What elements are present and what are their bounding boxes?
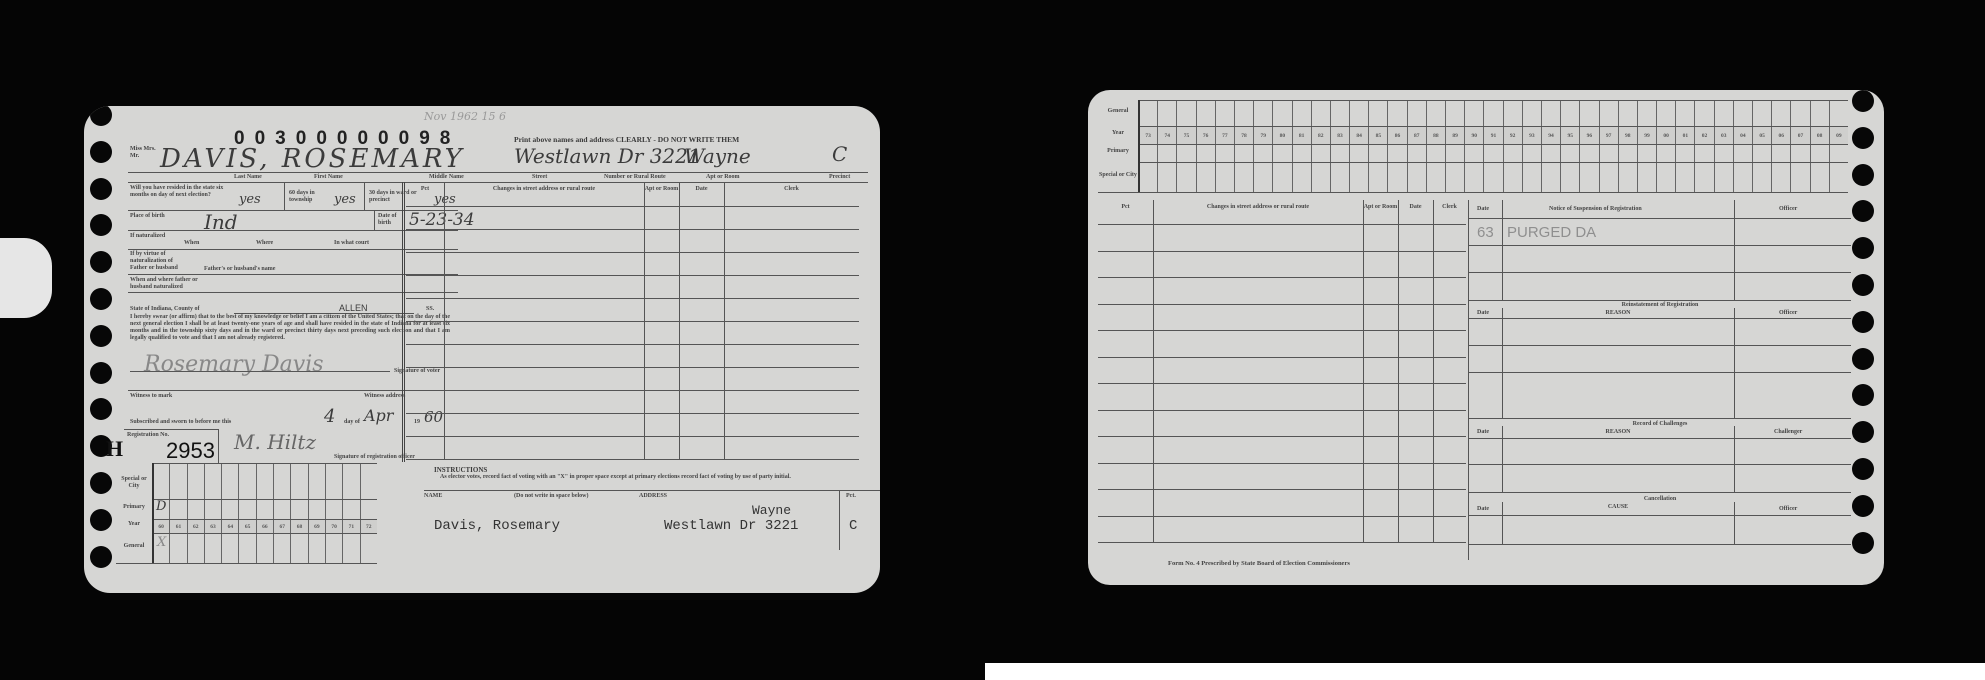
grid-year-cell: 72 — [360, 520, 377, 534]
grid-vote-cell — [1503, 163, 1522, 193]
address-changes-table: PctChanges in street address or rural ro… — [406, 182, 871, 462]
grid-vote-cell — [1138, 101, 1157, 127]
grid-vote-cell — [256, 464, 273, 500]
grid-year-cell: 86 — [1387, 127, 1406, 145]
grid-year-cell: 87 — [1407, 127, 1426, 145]
changes-row-line — [406, 252, 859, 253]
label-subscribed: Subscribed and sworn to before me this — [130, 419, 231, 426]
changes-row-line — [406, 321, 859, 322]
reinstatement-reason-header: REASON — [1502, 310, 1734, 317]
grid-vote-cell — [1349, 101, 1368, 127]
grid-vote-cell — [1387, 101, 1406, 127]
punch-hole — [1852, 164, 1874, 186]
grid-row-label: General — [1098, 108, 1138, 115]
grid-vote-cell — [273, 464, 290, 500]
grid-vote-cell — [1714, 163, 1733, 193]
challenges-challenger-header: Challenger — [1774, 429, 1802, 436]
grid-vote-cell — [1311, 163, 1330, 193]
grid-year-cell: 96 — [1579, 127, 1598, 145]
changes-row-line — [1098, 463, 1466, 464]
grid-vote-cell — [342, 500, 359, 520]
grid-vote-cell — [1349, 145, 1368, 163]
grid-year-cell: 09 — [1829, 127, 1848, 145]
grid-row-label: Primary — [116, 504, 152, 511]
changes-row-line — [1098, 224, 1466, 225]
footer-pct-label: Pct. — [846, 493, 856, 500]
grid-row-label: Year — [116, 521, 152, 528]
grid-year-cell: 66 — [256, 520, 273, 534]
grid-vote-cell — [1196, 163, 1215, 193]
footer-address-value: Westlawn Dr 3221 — [664, 518, 798, 534]
label-last-name: Last Name — [234, 174, 262, 181]
grid-year-cell: 84 — [1349, 127, 1368, 145]
grid-vote-cell — [1138, 163, 1157, 193]
oath-state-line: State of Indiana, County of — [130, 306, 200, 313]
grid-year-cell: 82 — [1311, 127, 1330, 145]
grid-year-cell: 68 — [290, 520, 307, 534]
grid-vote-cell — [256, 500, 273, 520]
grid-vote-cell — [1426, 101, 1445, 127]
scan-border-strip — [985, 663, 1985, 680]
grid-year-cell: 94 — [1541, 127, 1560, 145]
grid-vote-cell — [1387, 145, 1406, 163]
grid-vote-cell — [1311, 145, 1330, 163]
grid-vote-cell — [1272, 163, 1291, 193]
label-resided-state: Will you have resided in the state six m… — [130, 185, 230, 199]
grid-year-cell: 63 — [204, 520, 221, 534]
changes-row-line — [1098, 410, 1466, 411]
suspension-officer-header: Officer — [1779, 206, 1797, 213]
registration-box: Registration No. 2953 — [124, 429, 219, 463]
grid-vote-cell — [1464, 163, 1483, 193]
grid-vote-cell — [169, 464, 186, 500]
punch-hole — [90, 325, 112, 347]
grid-vote-cell — [1157, 163, 1176, 193]
grid-vote-cell — [1503, 145, 1522, 163]
changes-header: Pct — [406, 186, 444, 193]
footer-township: Wayne — [752, 503, 791, 518]
grid-vote-cell — [1330, 101, 1349, 127]
grid-vote-cell — [325, 534, 342, 564]
punch-hole — [1852, 495, 1874, 517]
label-when-where-father: When and where father or husband natural… — [130, 277, 220, 291]
changes-header: Clerk — [1433, 204, 1466, 211]
grid-vote-cell — [238, 500, 255, 520]
grid-vote-cell — [325, 464, 342, 500]
label-days-township: 60 days in township — [289, 190, 339, 204]
label-when: When — [184, 240, 199, 247]
grid-vote-cell — [273, 534, 290, 564]
grid-year-cell: 89 — [1445, 127, 1464, 145]
grid-vote-cell — [1272, 101, 1291, 127]
grid-vote-cell — [308, 464, 325, 500]
challenges-date-header: Date — [1477, 429, 1489, 436]
grid-year-cell: 71 — [342, 520, 359, 534]
back-address-changes-table: PctChanges in street address or rural ro… — [1098, 200, 1466, 560]
grid-year-cell: 02 — [1694, 127, 1713, 145]
grid-vote-cell — [169, 500, 186, 520]
grid-year-cell: 75 — [1176, 127, 1195, 145]
grid-vote-cell — [1407, 145, 1426, 163]
grid-vote-cell — [1215, 101, 1234, 127]
grid-vote-cell — [360, 464, 377, 500]
changes-row-line — [406, 229, 859, 230]
grid-vote-cell — [308, 500, 325, 520]
footer-do-not-write: (Do not write in space below) — [514, 493, 589, 500]
grid-vote-cell — [1733, 163, 1752, 193]
grid-vote-cell — [1599, 145, 1618, 163]
reinstatement-date-header: Date — [1477, 310, 1489, 317]
reinstatement-officer-header: Officer — [1779, 310, 1797, 317]
grid-vote-cell — [1292, 101, 1311, 127]
grid-vote-cell — [360, 500, 377, 520]
punch-hole — [1852, 421, 1874, 443]
grid-vote-cell — [1771, 163, 1790, 193]
changes-row-line — [406, 275, 859, 276]
address-handwritten: Westlawn Dr 3221 — [514, 144, 701, 168]
grid-vote-cell — [1541, 145, 1560, 163]
grid-vote-cell — [290, 534, 307, 564]
changes-header: Apt or Room — [1363, 204, 1398, 211]
grid-vote-cell — [290, 500, 307, 520]
grid-vote-cell — [1694, 145, 1713, 163]
cancellation-officer-header: Officer — [1779, 506, 1797, 513]
grid-year-cell: 65 — [238, 520, 255, 534]
grid-vote-cell — [308, 534, 325, 564]
grid-vote-cell — [1810, 145, 1829, 163]
grid-vote-cell — [1176, 145, 1195, 163]
grid-vote-cell — [1426, 163, 1445, 193]
grid-vote-cell — [1618, 101, 1637, 127]
primary-vote-mark: D — [156, 499, 166, 514]
grid-year-cell: 77 — [1215, 127, 1234, 145]
changes-row-line — [1098, 383, 1466, 384]
voter-signature: Rosemary Davis — [144, 352, 324, 377]
grid-vote-cell — [1694, 101, 1713, 127]
punch-hole — [90, 141, 112, 163]
grid-vote-cell — [1292, 145, 1311, 163]
back-voting-grid: GeneralYear73747576777879808182838485868… — [1098, 100, 1850, 196]
grid-vote-cell — [1234, 101, 1253, 127]
cancellation-title: Cancellation — [1469, 496, 1851, 503]
grid-vote-cell — [1426, 145, 1445, 163]
grid-vote-cell — [1579, 101, 1598, 127]
grid-vote-cell — [256, 534, 273, 564]
grid-vote-cell — [1790, 145, 1809, 163]
changes-row-line — [406, 436, 859, 437]
label-middle-name: Middle Name — [429, 174, 464, 181]
grid-vote-cell — [1810, 163, 1829, 193]
punch-hole — [1852, 311, 1874, 333]
footer-name-label: NAME — [424, 493, 442, 500]
grid-vote-cell — [1311, 101, 1330, 127]
grid-vote-cell — [1196, 101, 1215, 127]
grid-row-label: General — [116, 543, 152, 550]
precinct-handwritten: C — [832, 142, 847, 166]
grid-year-cell: 92 — [1503, 127, 1522, 145]
grid-vote-cell — [1387, 163, 1406, 193]
grid-vote-cell — [1234, 163, 1253, 193]
grid-vote-cell — [360, 534, 377, 564]
grid-row-label: Special or City — [1098, 172, 1138, 179]
grid-vote-cell — [1790, 163, 1809, 193]
grid-year-cell: 05 — [1752, 127, 1771, 145]
grid-vote-cell — [1272, 145, 1291, 163]
grid-year-cell: 93 — [1522, 127, 1541, 145]
grid-vote-cell — [1215, 145, 1234, 163]
punch-hole — [90, 398, 112, 420]
grid-vote-cell — [1234, 145, 1253, 163]
challenges-title: Record of Challenges — [1469, 421, 1851, 428]
label-street: Street — [532, 174, 547, 181]
scan-artifact — [0, 238, 52, 318]
grid-vote-cell — [1733, 101, 1752, 127]
grid-year-cell: 95 — [1560, 127, 1579, 145]
grid-vote-cell — [1752, 101, 1771, 127]
punch-hole — [90, 509, 112, 531]
header-instruction: Print above names and address CLEARLY - … — [514, 136, 739, 144]
grid-year-cell: 60 — [152, 520, 169, 534]
grid-vote-cell — [187, 534, 204, 564]
grid-year-cell: 90 — [1464, 127, 1483, 145]
grid-vote-cell — [1560, 145, 1579, 163]
grid-vote-cell — [1368, 101, 1387, 127]
grid-vote-cell — [238, 534, 255, 564]
grid-vote-cell — [1618, 145, 1637, 163]
grid-vote-cell — [204, 464, 221, 500]
grid-vote-cell — [1330, 163, 1349, 193]
grid-vote-cell — [238, 464, 255, 500]
grid-vote-cell — [1445, 163, 1464, 193]
changes-row-line — [1098, 357, 1466, 358]
grid-vote-cell — [1714, 145, 1733, 163]
grid-vote-cell — [342, 464, 359, 500]
changes-header: Changes in street address or rural route — [444, 186, 644, 193]
grid-year-cell: 08 — [1810, 127, 1829, 145]
registration-number: 2953 — [166, 438, 215, 464]
changes-row-line — [1098, 516, 1466, 517]
suspension-entry-date: 63 — [1477, 224, 1494, 241]
changes-row-line — [1098, 436, 1466, 437]
punch-hole — [90, 472, 112, 494]
label-where: Where — [256, 240, 273, 247]
grid-year-cell: 99 — [1637, 127, 1656, 145]
grid-vote-cell — [1196, 145, 1215, 163]
grid-year-cell: 61 — [169, 520, 186, 534]
changes-header: Clerk — [724, 186, 859, 193]
month-value: Apr — [364, 406, 393, 425]
grid-year-cell: 04 — [1733, 127, 1752, 145]
changes-row-line — [406, 459, 859, 460]
punch-hole — [1852, 348, 1874, 370]
footer-name-value: Davis, Rosemary — [434, 518, 560, 534]
grid-row-label: Primary — [1098, 148, 1138, 155]
grid-year-cell: 62 — [187, 520, 204, 534]
punch-hole — [1852, 237, 1874, 259]
grid-vote-cell — [1330, 145, 1349, 163]
grid-year-cell: 07 — [1790, 127, 1809, 145]
label-witness-to-mark: Witness to mark — [130, 393, 172, 400]
punch-hole — [90, 288, 112, 310]
grid-vote-cell — [221, 534, 238, 564]
challenges-reason-header: REASON — [1502, 429, 1734, 436]
grid-vote-cell — [1292, 163, 1311, 193]
changes-header: Apt or Room — [644, 186, 679, 193]
grid-vote-cell — [1752, 145, 1771, 163]
grid-year-cell: 83 — [1330, 127, 1349, 145]
voter-name-handwritten: DAVIS, ROSEMARY — [160, 144, 465, 174]
label-precinct: Precinct — [829, 174, 850, 181]
grid-vote-cell — [221, 500, 238, 520]
instructions-title: INSTRUCTIONS — [434, 466, 487, 474]
status-panel: Date Notice of Suspension of Registratio… — [1468, 200, 1850, 560]
grid-year-cell: 64 — [221, 520, 238, 534]
grid-vote-cell — [1253, 101, 1272, 127]
label-day-of: day of — [344, 419, 360, 426]
changes-header: Date — [1398, 204, 1433, 211]
punch-hole — [1852, 458, 1874, 480]
grid-vote-cell — [1541, 163, 1560, 193]
grid-vote-cell — [1810, 101, 1829, 127]
grid-year-cell: 73 — [1138, 127, 1157, 145]
label-in-what-court: In what court — [334, 240, 369, 247]
cancellation-cause-header: CAUSE — [1502, 504, 1734, 511]
grid-year-cell: 97 — [1599, 127, 1618, 145]
grid-vote-cell — [1407, 101, 1426, 127]
front-voting-grid: Special or CityPrimaryYear60616263646566… — [116, 463, 416, 588]
grid-vote-cell — [1368, 163, 1387, 193]
grid-vote-cell — [1541, 101, 1560, 127]
grid-vote-cell — [273, 500, 290, 520]
footer-pct-value: C — [849, 518, 857, 534]
cancellation-date-header: Date — [1477, 506, 1489, 513]
changes-row-line — [406, 367, 859, 368]
label-by-virtue: If by virtue of naturalization of Father… — [130, 251, 190, 272]
grid-vote-cell — [1560, 163, 1579, 193]
grid-vote-cell — [1176, 101, 1195, 127]
label-first-name: First Name — [314, 174, 343, 181]
label-if-naturalized: If naturalized — [130, 233, 170, 240]
registration-card-back: GeneralYear73747576777879808182838485868… — [1088, 90, 1884, 585]
label-witness-address: Witness address — [364, 393, 405, 400]
grid-vote-cell — [1215, 163, 1234, 193]
suspension-date-header: Date — [1477, 206, 1489, 213]
grid-vote-cell — [342, 534, 359, 564]
label-number-route: Number or Rural Route — [604, 174, 666, 181]
suspension-entry-text: PURGED DA — [1507, 224, 1596, 241]
changes-row-line — [406, 298, 859, 299]
grid-vote-cell — [1790, 101, 1809, 127]
changes-row-line — [406, 344, 859, 345]
grid-year-cell: 01 — [1675, 127, 1694, 145]
grid-vote-cell — [1829, 163, 1848, 193]
grid-vote-cell — [1694, 163, 1713, 193]
grid-vote-cell — [204, 500, 221, 520]
grid-vote-cell — [1579, 145, 1598, 163]
grid-vote-cell — [187, 500, 204, 520]
grid-vote-cell — [1599, 101, 1618, 127]
grid-year-cell: 91 — [1483, 127, 1502, 145]
grid-vote-cell — [1368, 145, 1387, 163]
changes-row-line — [1098, 277, 1466, 278]
changes-row-line — [1098, 304, 1466, 305]
changes-row-line — [1098, 251, 1466, 252]
general-vote-mark: X — [157, 535, 166, 550]
instructions-text: As elector votes, record fact of voting … — [440, 474, 860, 481]
grid-vote-cell — [1829, 101, 1848, 127]
grid-vote-cell — [1656, 163, 1675, 193]
title-prefix: Miss Mrs. Mr. — [130, 146, 160, 160]
punch-hole — [1852, 274, 1874, 296]
grid-vote-cell — [1579, 163, 1598, 193]
grid-vote-cell — [1464, 101, 1483, 127]
grid-vote-cell — [1483, 101, 1502, 127]
changes-row-line — [406, 413, 859, 414]
grid-vote-cell — [1829, 145, 1848, 163]
grid-vote-cell — [1483, 145, 1502, 163]
pencil-note: Nov 1962 15 6 — [424, 110, 506, 123]
footer-address-label: ADDRESS — [639, 493, 667, 500]
punch-hole — [1852, 90, 1874, 112]
grid-row-label: Special or City — [116, 476, 152, 490]
grid-vote-cell — [169, 534, 186, 564]
grid-vote-cell — [1253, 163, 1272, 193]
grid-vote-cell — [1656, 145, 1675, 163]
grid-year-cell: 06 — [1771, 127, 1790, 145]
punch-hole — [1852, 384, 1874, 406]
grid-vote-cell — [1771, 145, 1790, 163]
punch-hole — [90, 362, 112, 384]
changes-header: Date — [679, 186, 724, 193]
registration-card-front: 00300000098 Print above names and addres… — [84, 106, 880, 593]
grid-year-cell: 88 — [1426, 127, 1445, 145]
grid-vote-cell — [1253, 145, 1272, 163]
grid-vote-cell — [1157, 101, 1176, 127]
grid-vote-cell — [290, 464, 307, 500]
registration-label: Registration No. — [127, 432, 169, 439]
grid-vote-cell — [1752, 163, 1771, 193]
grid-vote-cell — [221, 464, 238, 500]
grid-vote-cell — [1714, 101, 1733, 127]
changes-row-line — [1098, 489, 1466, 490]
grid-year-cell: 03 — [1714, 127, 1733, 145]
grid-year-cell: 81 — [1292, 127, 1311, 145]
grid-vote-cell — [1637, 145, 1656, 163]
grid-vote-cell — [1618, 163, 1637, 193]
grid-vote-cell — [1599, 163, 1618, 193]
punch-hole — [90, 178, 112, 200]
township-handwritten: Wayne — [684, 144, 751, 168]
grid-vote-cell — [1176, 163, 1195, 193]
grid-vote-cell — [1637, 163, 1656, 193]
grid-year-cell: 67 — [273, 520, 290, 534]
grid-vote-cell — [152, 464, 169, 500]
punch-hole — [1852, 200, 1874, 222]
officer-signature: M. Hiltz — [234, 430, 316, 454]
changes-row-line — [406, 206, 859, 207]
grid-vote-cell — [1445, 145, 1464, 163]
grid-year-cell: 80 — [1272, 127, 1291, 145]
grid-vote-cell — [325, 500, 342, 520]
changes-row-line — [406, 390, 859, 391]
grid-year-cell: 69 — [308, 520, 325, 534]
changes-header: Pct — [1098, 204, 1153, 211]
label-place-of-birth: Place of birth — [130, 213, 170, 220]
punch-hole — [90, 251, 112, 273]
form-footer: Form No. 4 Prescribed by State Board of … — [1168, 560, 1350, 567]
grid-vote-cell — [187, 464, 204, 500]
punch-hole — [90, 106, 112, 126]
